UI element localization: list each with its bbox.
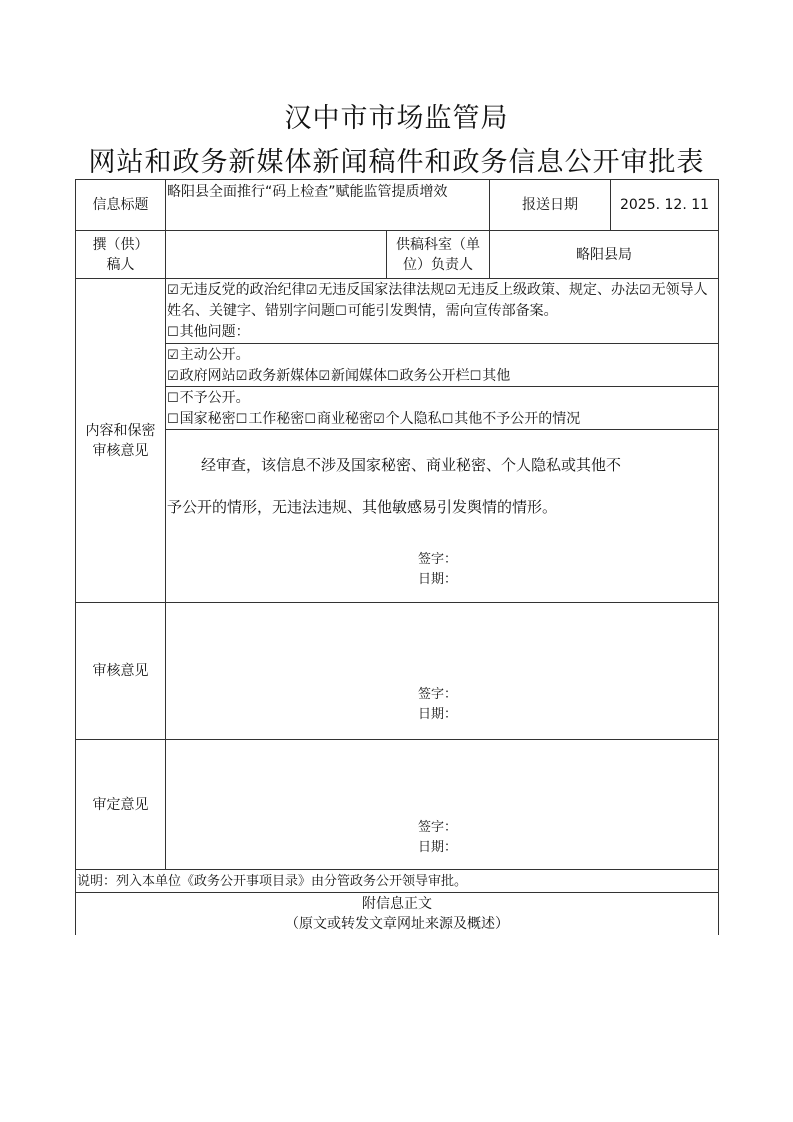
checkbox-unchecked-icon: ☐ [335, 304, 347, 319]
checkbox-news-media[interactable]: ☑新闻媒体 [318, 368, 387, 384]
checkbox-checked-icon: ☑ [167, 348, 179, 363]
checkbox-unchecked-icon: ☐ [387, 369, 399, 384]
sign-label: 签字： [418, 685, 498, 705]
checkbox-checked-icon: ☑ [236, 369, 248, 384]
checkbox-political[interactable]: ☑无违反党的政治纪律 [167, 282, 306, 298]
submit-date-value[interactable]: 2025. 12. 11 [611, 180, 718, 230]
author-value[interactable] [166, 231, 386, 278]
checkbox-unchecked-icon: ☐ [167, 325, 179, 340]
info-title-value[interactable]: 略阳县全面推行“码上检查”赋能监管提质增效 [167, 182, 487, 228]
attachment-subtitle: （原文或转发文章网址来源及概述） [76, 914, 718, 934]
date-label: 日期： [418, 838, 498, 858]
attachment-title: 附信息正文 [76, 894, 718, 914]
attachment-header: 附信息正文 （原文或转发文章网址来源及概述） [76, 894, 718, 934]
info-title-label: 信息标题 [76, 180, 165, 230]
audit-opinion-label: 审核意见 [76, 603, 165, 739]
approval-opinion-label: 审定意见 [76, 740, 165, 869]
submit-date-label: 报送日期 [490, 180, 610, 230]
signature-block-2: 签字： 日期： [418, 685, 498, 725]
checkbox-checked-icon: ☑ [639, 283, 651, 298]
page-title-line2: 网站和政务新媒体新闻稿件和政务信息公开审批表 [0, 140, 793, 179]
public-disclosure-group: ☑主动公开。 ☑政府网站☑政务新媒体☑新闻媒体☐政务公开栏☐其他 [167, 345, 718, 386]
author-label: 撰（供）稿人 [76, 231, 165, 278]
checkbox-checked-icon: ☑ [318, 369, 330, 384]
note-text: 说明：列入本单位《政务公开事项目录》由分管政务公开领导审批。 [77, 871, 717, 892]
checkbox-gov-new-media[interactable]: ☑政务新媒体 [236, 368, 319, 384]
date-label: 日期： [418, 570, 498, 590]
checkbox-privacy[interactable]: ☑个人隐私 [373, 411, 442, 427]
checkbox-checked-icon: ☑ [167, 369, 179, 384]
checkbox-law[interactable]: ☑无违反国家法律法规 [306, 282, 445, 298]
checkbox-other-nondisclosure[interactable]: ☐其他不予公开的情况 [442, 411, 581, 427]
date-label: 日期： [418, 705, 498, 725]
checkbox-checked-icon: ☑ [373, 412, 385, 427]
checkbox-active-disclosure[interactable]: ☑主动公开。 [167, 347, 250, 363]
checkbox-bulletin-board[interactable]: ☐政务公开栏 [387, 368, 470, 384]
sign-label: 签字： [418, 818, 498, 838]
checkbox-business-secret[interactable]: ☐商业秘密 [304, 411, 373, 427]
checkbox-unchecked-icon: ☐ [470, 369, 482, 384]
sign-label: 签字： [418, 550, 498, 570]
checkbox-public-opinion[interactable]: ☐可能引发舆情，需向宣传部备案。 [335, 303, 558, 319]
page-title-line1: 汉中市市场监管局 [0, 96, 793, 135]
checkbox-unchecked-icon: ☐ [304, 412, 316, 427]
review-comment[interactable]: 经审查，该信息不涉及国家秘密、商业秘密、个人隐私或其他不 予公开的情形，无违法违… [167, 455, 718, 517]
checkbox-unchecked-icon: ☐ [442, 412, 454, 427]
checkbox-unchecked-icon: ☐ [167, 412, 179, 427]
review-checklist: ☑无违反党的政治纪律☑无违反国家法律法规☑无违反上级政策、规定、办法☑无领导人姓… [167, 280, 718, 343]
checkbox-unchecked-icon: ☐ [167, 391, 179, 406]
checkbox-checked-icon: ☑ [444, 283, 456, 298]
checkbox-checked-icon: ☑ [306, 283, 318, 298]
checkbox-checked-icon: ☑ [167, 283, 179, 298]
checkbox-state-secret[interactable]: ☐国家秘密 [167, 411, 236, 427]
dept-head-label: 供稿科室（单位）负责人 [387, 231, 489, 278]
checkbox-other-channel[interactable]: ☐其他 [470, 368, 511, 384]
checkbox-gov-website[interactable]: ☑政府网站 [167, 368, 236, 384]
signature-block-1: 签字： 日期： [418, 550, 498, 590]
checkbox-not-disclosed[interactable]: ☐不予公开。 [167, 390, 250, 406]
checkbox-work-secret[interactable]: ☐工作秘密 [236, 411, 305, 427]
non-disclosure-group: ☐不予公开。 ☐国家秘密☐工作秘密☐商业秘密☑个人隐私☐其他不予公开的情况 [167, 388, 718, 429]
checkbox-policy[interactable]: ☑无违反上级政策、规定、办法 [444, 282, 639, 298]
signature-block-3: 签字： 日期： [418, 818, 498, 858]
checkbox-other-issues[interactable]: ☐其他问题： [167, 324, 250, 340]
content-review-label: 内容和保密审核意见 [76, 279, 165, 602]
dept-head-value[interactable]: 略阳县局 [490, 231, 718, 278]
checkbox-unchecked-icon: ☐ [236, 412, 248, 427]
